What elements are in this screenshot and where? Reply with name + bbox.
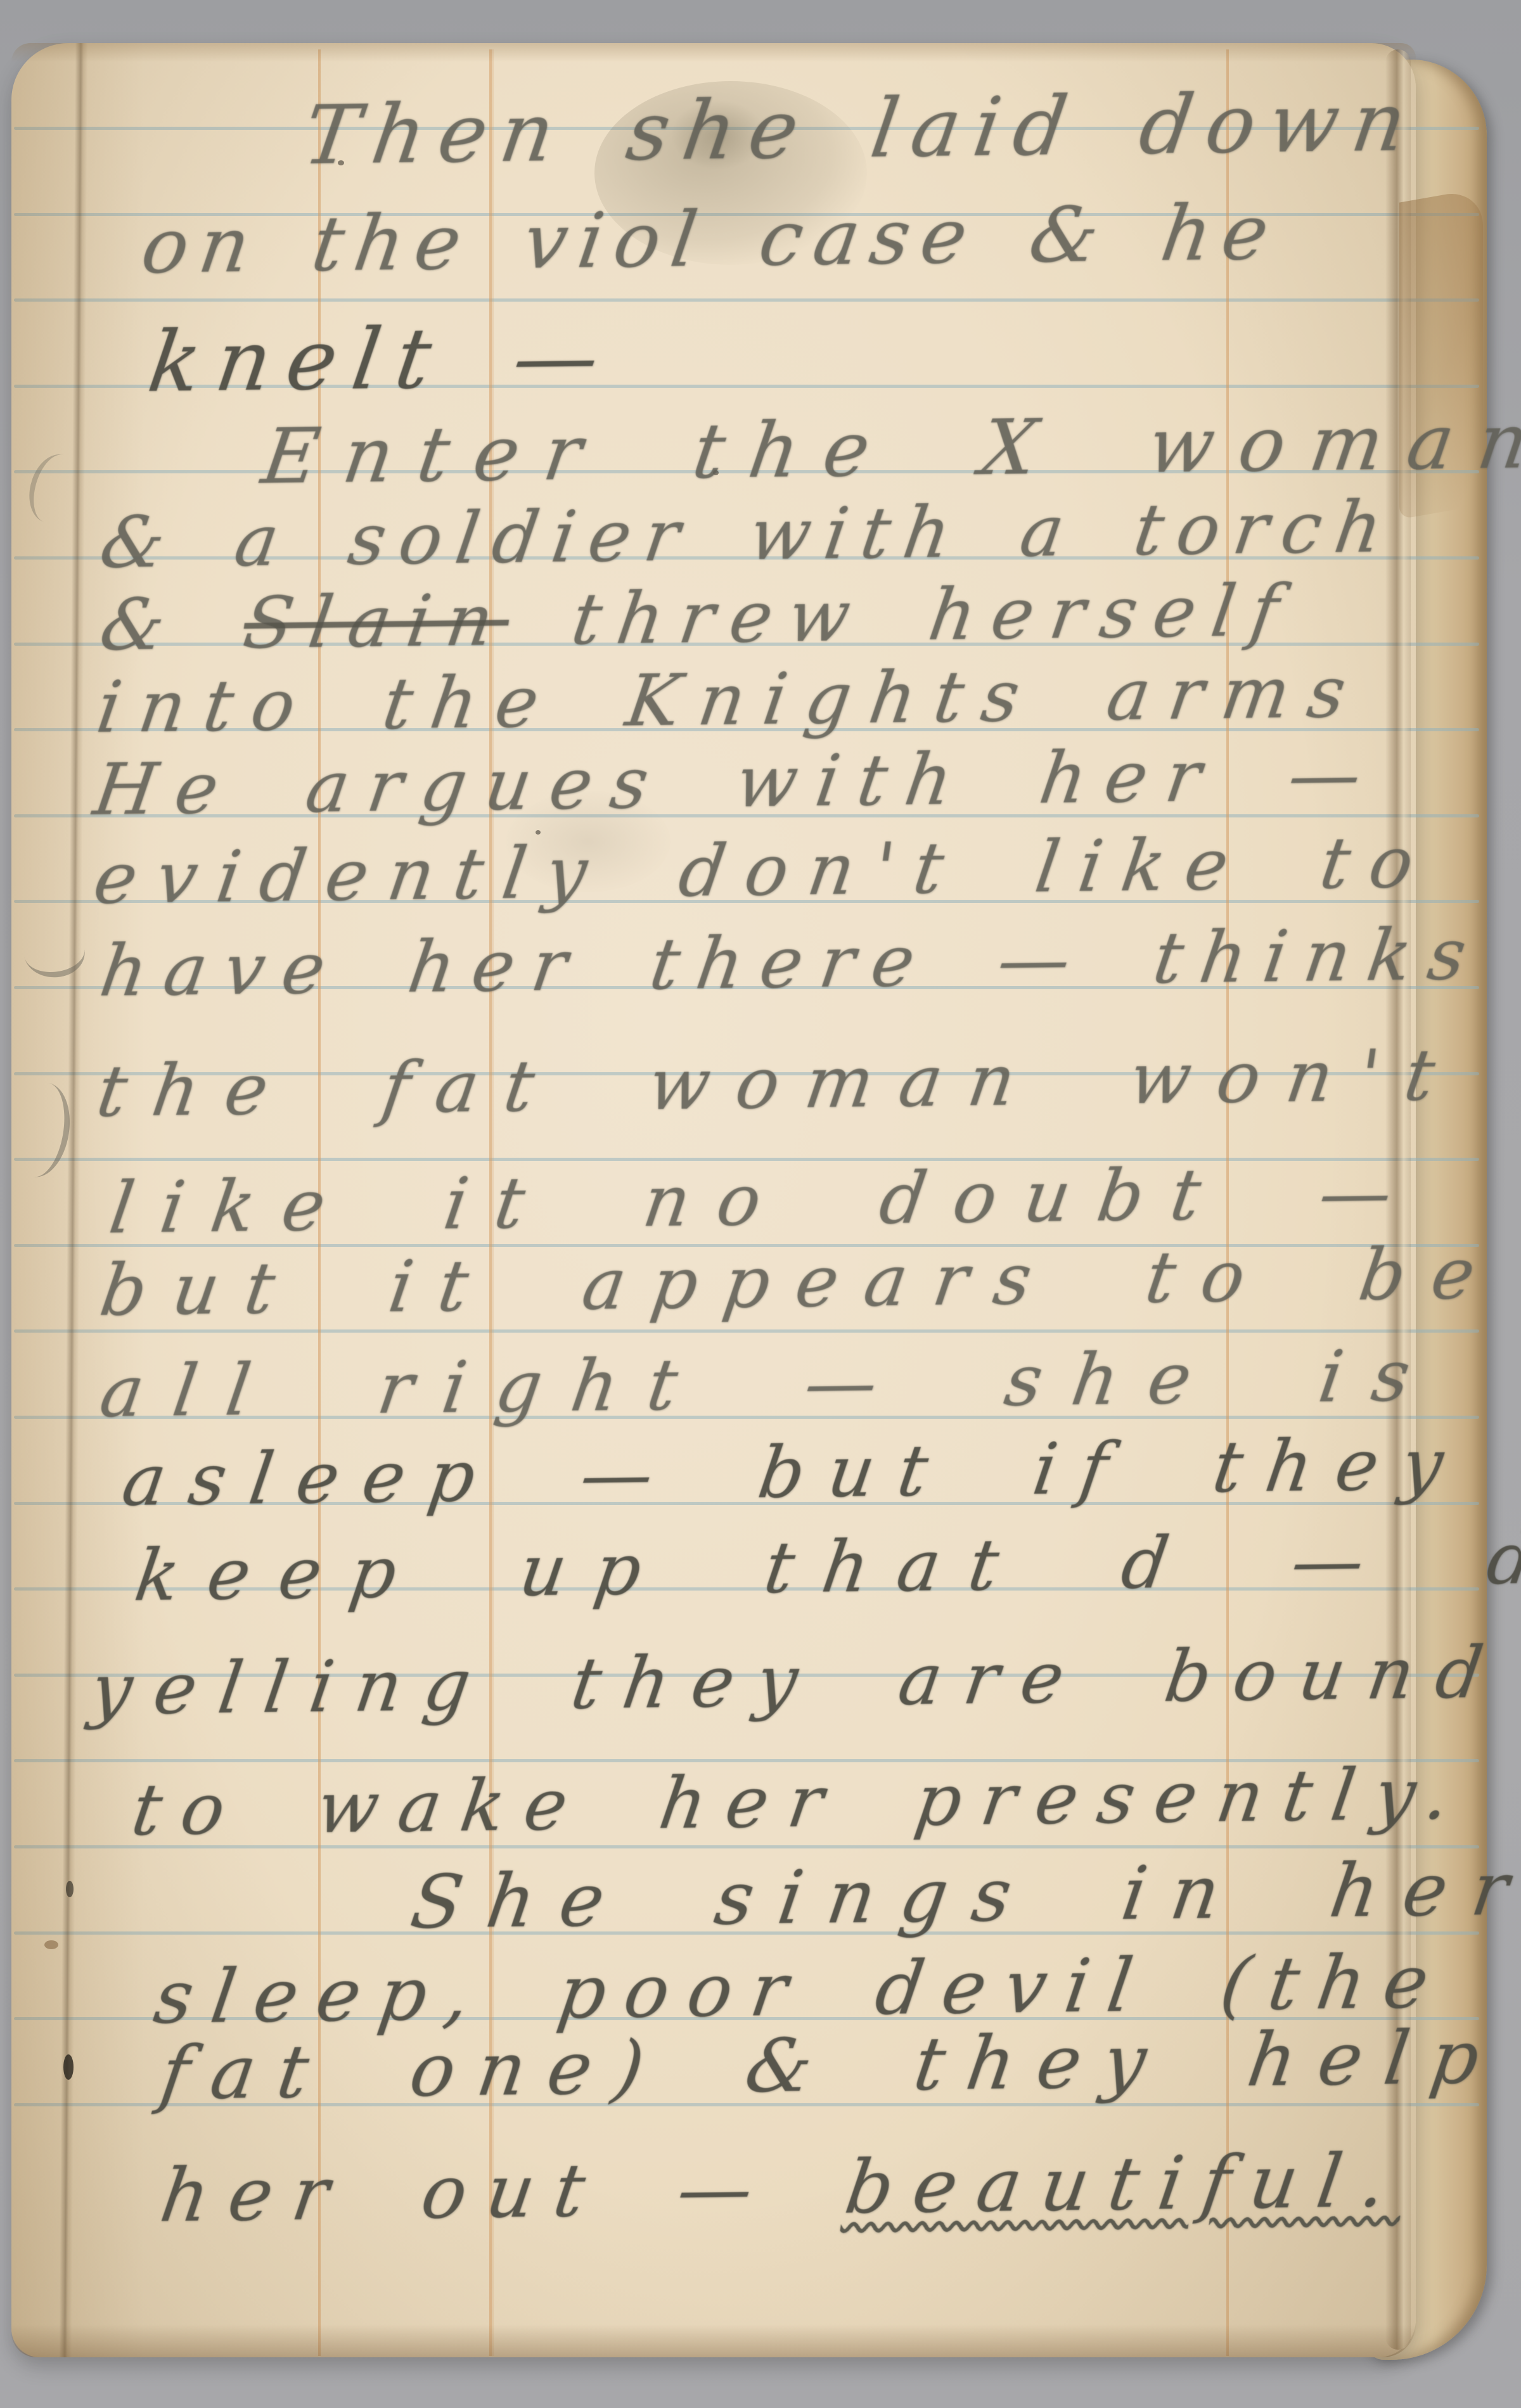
photographed-notebook-scene: Then she laid downon the viol case & hek…: [0, 0, 1521, 2408]
notebook-page-stack: [11, 43, 1486, 2367]
notebook-page: [11, 43, 1416, 2357]
